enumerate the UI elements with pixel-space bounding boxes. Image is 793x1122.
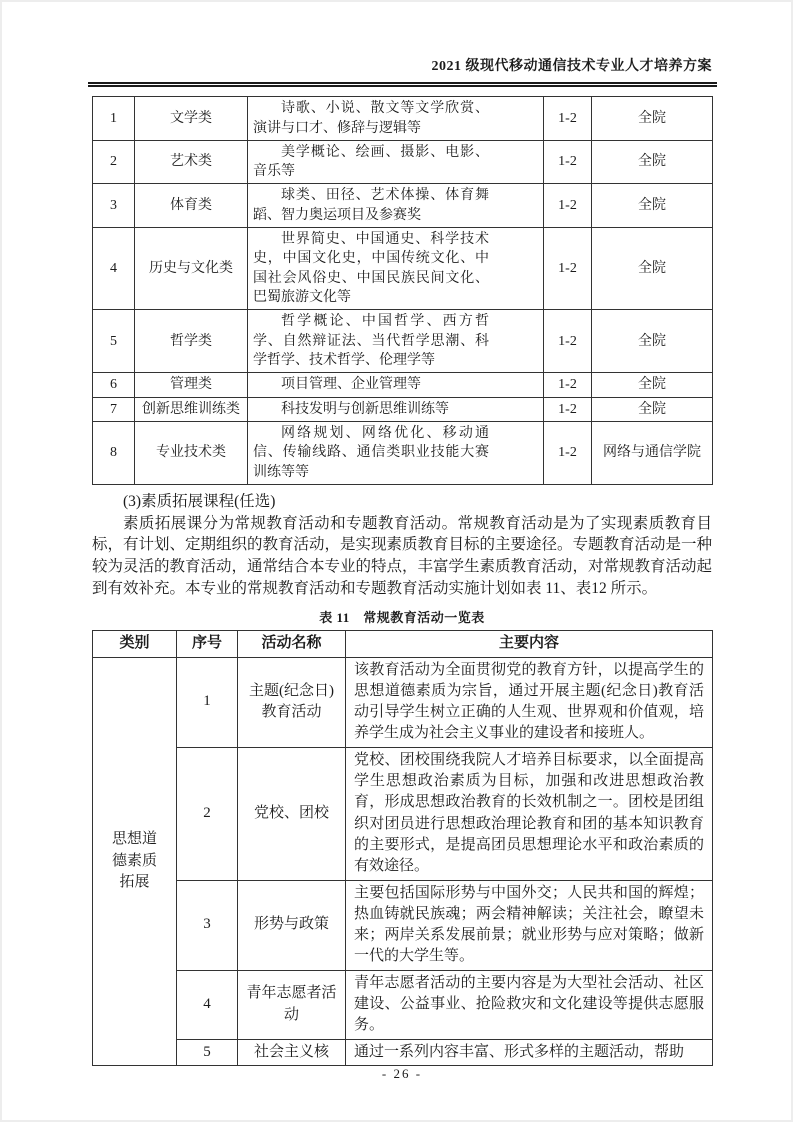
quality-extension-section: (3)素质拓展课程(任选) 素质拓展课分为常规教育活动和专题教育活动。常规教育活… [92, 491, 712, 599]
course-unit: 全院 [592, 140, 713, 184]
course-row: 7 创新思维训练类 科技发明与创新思维训练等 1-2 全院 [93, 397, 713, 421]
course-row: 6 管理类 项目管理、企业管理等 1-2 全院 [93, 373, 713, 397]
course-semester: 1-2 [544, 140, 592, 184]
activity-row: 思想道德素质拓展 1 主题(纪念日)教育活动 该教育活动为全面贯彻党的教育方针，… [93, 657, 713, 747]
activity-name: 青年志愿者活动 [238, 970, 346, 1039]
page-header: 2021 级现代移动通信技术专业人才培养方案 [92, 58, 712, 87]
course-category: 艺术类 [135, 140, 248, 184]
course-content-cell: 网络规划、网络优化、移动通信、传输线路、通信类职业技能大赛训练等等 [248, 421, 544, 484]
course-row: 8 专业技术类 网络规划、网络优化、移动通信、传输线路、通信类职业技能大赛训练等… [93, 421, 713, 484]
course-unit: 全院 [592, 184, 713, 228]
section-heading: (3)素质拓展课程(任选) [92, 491, 712, 513]
course-no: 5 [93, 310, 135, 373]
activity-content: 青年志愿者活动的主要内容是为大型社会活动、社区建设、公益事业、抢险救灾和文化建设… [346, 970, 713, 1039]
course-content-cell: 球类、田径、艺术体操、体育舞蹈、智力奥运项目及参赛奖 [248, 184, 544, 228]
activity-row: 3 形势与政策 主要包括国际形势与中国外交；人民共和国的辉煌；热血铸就民族魂；两… [93, 880, 713, 970]
course-content-cell: 诗歌、小说、散文等文学欣赏、演讲与口才、修辞与逻辑等 [248, 97, 544, 141]
activity-name: 社会主义核 [238, 1039, 346, 1065]
course-semester: 1-2 [544, 184, 592, 228]
activity-content: 该教育活动为全面贯彻党的教育方针，以提高学生的思想道德素质为宗旨，通过开展主题(… [346, 657, 713, 747]
course-content: 哲学概论、中国哲学、西方哲学、自然辩证法、当代哲学思潮、科学哲学、技术哲学、伦理… [253, 312, 489, 370]
activity-content: 党校、团校围绕我院人才培养目标要求，以全面提高学生思想政治素质为目标，加强和改进… [346, 747, 713, 880]
course-no: 1 [93, 97, 135, 141]
course-row: 4 历史与文化类 世界简史、中国通史、科学技术史，中国文化史，中国传统文化、中国… [93, 228, 713, 310]
activity-name: 党校、团校 [238, 747, 346, 880]
elective-course-table: 1 文学类 诗歌、小说、散文等文学欣赏、演讲与口才、修辞与逻辑等 1-2 全院 … [92, 96, 713, 485]
course-content: 项目管理、企业管理等 [253, 375, 489, 394]
col-header-no: 序号 [177, 631, 238, 657]
activity-no: 3 [177, 880, 238, 970]
course-row: 1 文学类 诗歌、小说、散文等文学欣赏、演讲与口才、修辞与逻辑等 1-2 全院 [93, 97, 713, 141]
activity-content: 主要包括国际形势与中国外交；人民共和国的辉煌；热血铸就民族魂；两会精神解读；关注… [346, 880, 713, 970]
course-content-cell: 科技发明与创新思维训练等 [248, 397, 544, 421]
course-unit: 网络与通信学院 [592, 421, 713, 484]
activity-name: 形势与政策 [238, 880, 346, 970]
course-no: 3 [93, 184, 135, 228]
activity-no: 2 [177, 747, 238, 880]
regular-activity-table: 类别 序号 活动名称 主要内容 思想道德素质拓展 1 主题(纪念日)教育活动 该… [92, 630, 713, 1066]
course-semester: 1-2 [544, 397, 592, 421]
col-header-name: 活动名称 [238, 631, 346, 657]
activity-row: 5 社会主义核 通过一系列内容丰富、形式多样的主题活动，帮助 [93, 1039, 713, 1065]
course-unit: 全院 [592, 397, 713, 421]
course-category: 历史与文化类 [135, 228, 248, 310]
course-category: 管理类 [135, 373, 248, 397]
activity-no: 1 [177, 657, 238, 747]
activity-row: 4 青年志愿者活动 青年志愿者活动的主要内容是为大型社会活动、社区建设、公益事业… [93, 970, 713, 1039]
course-unit: 全院 [592, 310, 713, 373]
course-category: 创新思维训练类 [135, 397, 248, 421]
page-number: - 26 - [92, 1066, 712, 1082]
course-semester: 1-2 [544, 373, 592, 397]
activity-category-cell: 思想道德素质拓展 [93, 657, 177, 1065]
col-header-category: 类别 [93, 631, 177, 657]
activity-header-row: 类别 序号 活动名称 主要内容 [93, 631, 713, 657]
page-header-title: 2021 级现代移动通信技术专业人才培养方案 [92, 58, 712, 76]
document-page: 2021 级现代移动通信技术专业人才培养方案 1 文学类 诗歌、小说、散文等文学… [0, 0, 793, 1122]
course-row: 3 体育类 球类、田径、艺术体操、体育舞蹈、智力奥运项目及参赛奖 1-2 全院 [93, 184, 713, 228]
course-no: 6 [93, 373, 135, 397]
course-unit: 全院 [592, 373, 713, 397]
activity-row: 2 党校、团校 党校、团校围绕我院人才培养目标要求，以全面提高学生思想政治素质为… [93, 747, 713, 880]
course-category: 哲学类 [135, 310, 248, 373]
course-content: 网络规划、网络优化、移动通信、传输线路、通信类职业技能大赛训练等等 [253, 424, 489, 482]
col-header-content: 主要内容 [346, 631, 713, 657]
course-unit: 全院 [592, 97, 713, 141]
activity-no: 4 [177, 970, 238, 1039]
table11-caption: 表 11 常规教育活动一览表 [92, 607, 712, 626]
course-row: 2 艺术类 美学概论、绘画、摄影、电影、音乐等 1-2 全院 [93, 140, 713, 184]
course-content-cell: 哲学概论、中国哲学、西方哲学、自然辩证法、当代哲学思潮、科学哲学、技术哲学、伦理… [248, 310, 544, 373]
course-content-cell: 世界简史、中国通史、科学技术史，中国文化史，中国传统文化、中国社会风俗史、中国民… [248, 228, 544, 310]
course-no: 8 [93, 421, 135, 484]
course-row: 5 哲学类 哲学概论、中国哲学、西方哲学、自然辩证法、当代哲学思潮、科学哲学、技… [93, 310, 713, 373]
course-content: 科技发明与创新思维训练等 [253, 400, 489, 419]
course-content: 球类、田径、艺术体操、体育舞蹈、智力奥运项目及参赛奖 [253, 186, 489, 225]
activity-name: 主题(纪念日)教育活动 [238, 657, 346, 747]
course-semester: 1-2 [544, 97, 592, 141]
course-semester: 1-2 [544, 228, 592, 310]
section-body: 素质拓展课分为常规教育活动和专题教育活动。常规教育活动是为了实现素质教育目标，有… [92, 513, 712, 600]
course-category: 专业技术类 [135, 421, 248, 484]
course-content-cell: 美学概论、绘画、摄影、电影、音乐等 [248, 140, 544, 184]
activity-category: 思想道德素质拓展 [111, 829, 159, 893]
page-content: 1 文学类 诗歌、小说、散文等文学欣赏、演讲与口才、修辞与逻辑等 1-2 全院 … [92, 87, 712, 1066]
course-content: 诗歌、小说、散文等文学欣赏、演讲与口才、修辞与逻辑等 [253, 99, 489, 138]
course-no: 4 [93, 228, 135, 310]
course-category: 体育类 [135, 184, 248, 228]
course-no: 7 [93, 397, 135, 421]
course-semester: 1-2 [544, 310, 592, 373]
course-content: 美学概论、绘画、摄影、电影、音乐等 [253, 143, 489, 182]
course-no: 2 [93, 140, 135, 184]
course-semester: 1-2 [544, 421, 592, 484]
course-content-cell: 项目管理、企业管理等 [248, 373, 544, 397]
activity-content: 通过一系列内容丰富、形式多样的主题活动，帮助 [346, 1039, 713, 1065]
course-unit: 全院 [592, 228, 713, 310]
course-content: 世界简史、中国通史、科学技术史，中国文化史，中国传统文化、中国社会风俗史、中国民… [253, 230, 489, 307]
activity-no: 5 [177, 1039, 238, 1065]
course-category: 文学类 [135, 97, 248, 141]
